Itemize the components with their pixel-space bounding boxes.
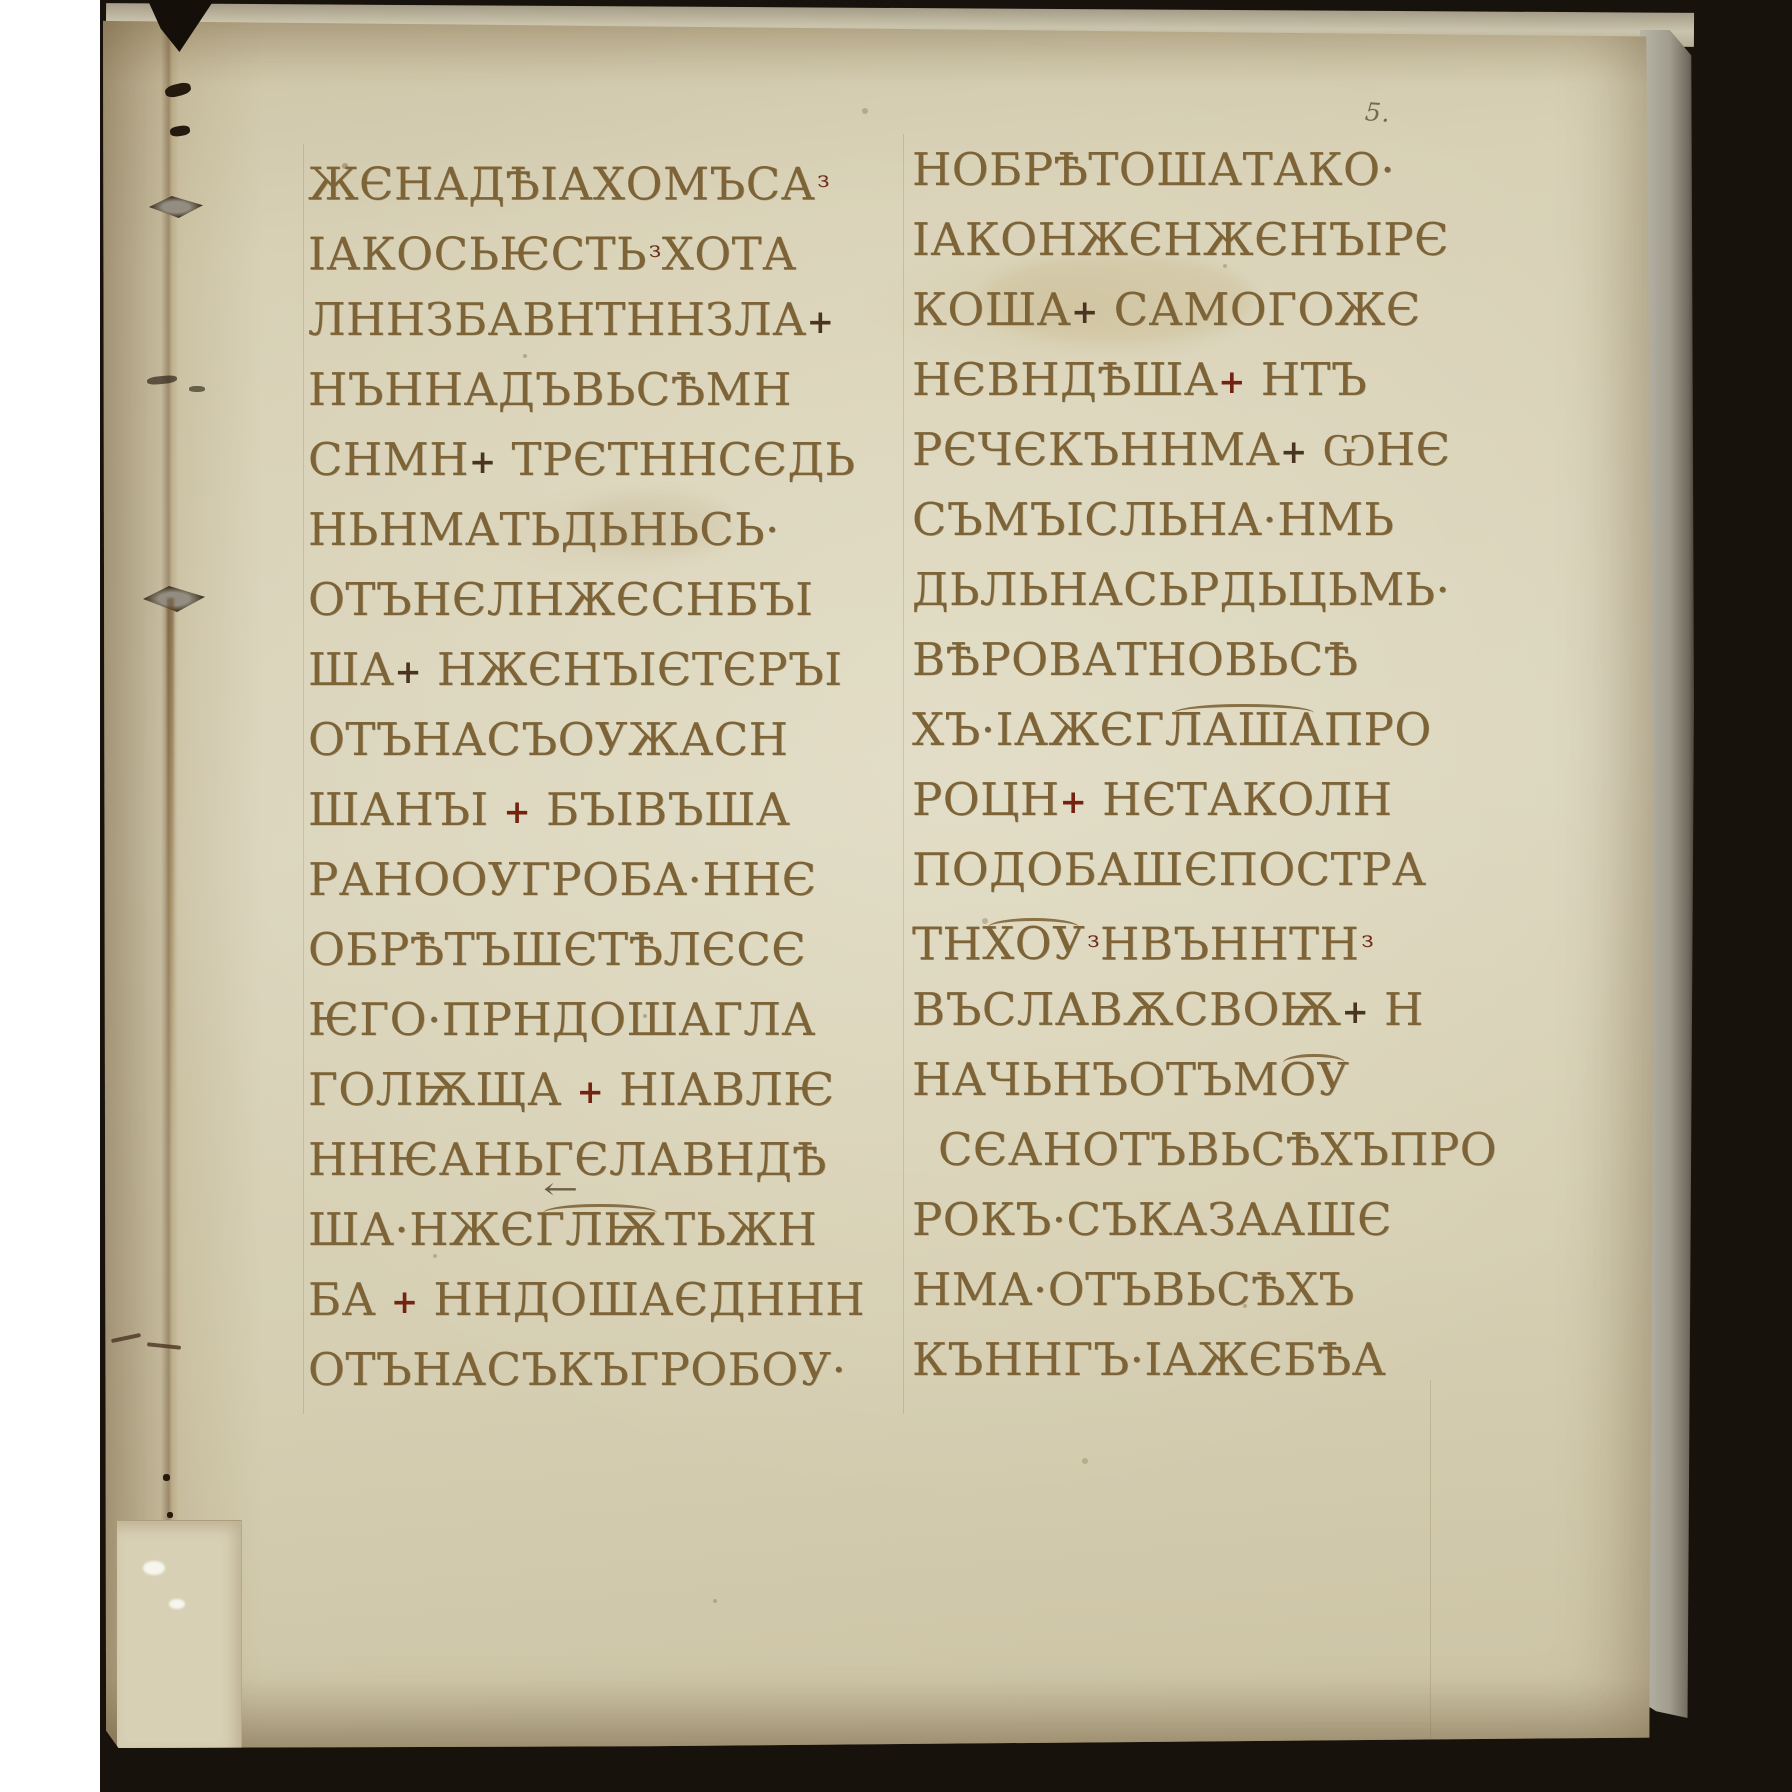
titlo-abbreviation: ЛАША bbox=[1165, 703, 1324, 756]
superscript-z-mark: з bbox=[1361, 927, 1374, 953]
stitch-hole bbox=[167, 1512, 173, 1518]
ruling-line bbox=[903, 134, 904, 1414]
cross-divider: + bbox=[577, 1073, 605, 1111]
cross-divider: + bbox=[391, 1283, 419, 1321]
text-line: НМА·ОТЪВЬСѢХЪ bbox=[912, 1255, 1497, 1325]
text-line: НЄВНДѢША+ НТЪ bbox=[912, 345, 1497, 415]
patch-spot bbox=[143, 1561, 165, 1575]
text-line: ОБРѢТЪШЄТѢЛЄСЄ bbox=[308, 915, 865, 985]
text-line: НАЧЬНЪОТЪМОУ bbox=[912, 1045, 1497, 1115]
text-line: ЖЄНАДѢІАХОМЪСАз bbox=[308, 145, 865, 215]
text-line: РАНООУГРОБА·ННЄ bbox=[308, 845, 865, 915]
text-line: НЪННАДЪВЬСѢМН bbox=[308, 355, 865, 425]
text-line: НОБРѢТОШАТАКО· bbox=[912, 135, 1497, 205]
text-line: ННѤАНЬГЄЛАВНДѢ bbox=[308, 1125, 865, 1195]
titlo-abbreviation: ХОУ bbox=[982, 917, 1085, 970]
text-line: ГОЛѬЩА + НІАВЛѤ bbox=[308, 1055, 865, 1125]
text-line: ДЬЛЬНАСЬРДЬЦЬМЬ· bbox=[912, 555, 1497, 625]
cross-divider: + bbox=[394, 653, 422, 691]
manuscript-photo: 5. ← ЖЄНАДѢІАХОМЪСАзІАКОСЬѤСТЬзХОТАЛННЗБ… bbox=[0, 0, 1792, 1792]
text-line: ПОДОБАШЄПОСТРА bbox=[912, 835, 1497, 905]
cross-divider: + bbox=[1060, 783, 1088, 821]
text-line: РОЦН+ НЄТАКОЛН bbox=[912, 765, 1497, 835]
text-line: ѤГО·ПРНДОШАГЛА bbox=[308, 985, 865, 1055]
text-line: ОТЪНАСЪОУЖАСН bbox=[308, 705, 865, 775]
text-line: РОКЪ·СЪКАЗААШЄ bbox=[912, 1185, 1497, 1255]
text-line: ТНХОУзНВЪННТНз bbox=[912, 905, 1497, 975]
titlo-abbreviation: ГЛѬ bbox=[535, 1203, 665, 1256]
text-line: НЬНМАТЬДЬНЬСЬ· bbox=[308, 495, 865, 565]
cross-divider: + bbox=[807, 303, 835, 341]
superscript-z-mark: з bbox=[649, 237, 662, 263]
folio-number: 5. bbox=[1364, 97, 1392, 128]
text-line: СЄАНОТЪВЬСѢХЪПРО bbox=[912, 1115, 1497, 1185]
cross-divider: + bbox=[469, 443, 497, 481]
text-line: ШАНЪІ + БЪІВЪША bbox=[308, 775, 865, 845]
text-line: СЪМЪІСЛЬНА·НМЬ bbox=[912, 485, 1497, 555]
water-stain-streak bbox=[167, 598, 174, 1148]
text-line: КЪННГЪ·ІАЖЄБѢА bbox=[912, 1325, 1497, 1395]
titlo-abbreviation: ОУ bbox=[1279, 1053, 1349, 1106]
text-line: ЛННЗБАВНТННЗЛА+ bbox=[308, 285, 865, 355]
text-line: ОТЪНАСЪКЪГРОБОУ· bbox=[308, 1335, 865, 1405]
text-column-left: ЖЄНАДѢІАХОМЪСАзІАКОСЬѤСТЬзХОТАЛННЗБАВНТН… bbox=[308, 145, 865, 1405]
text-line: ВѢРОВАТНОВЬСѢ bbox=[912, 625, 1497, 695]
text-column-right: НОБРѢТОШАТАКО·ІАКОНЖЄНЖЄНЪІРЄКОША+ САМОГ… bbox=[912, 135, 1497, 1395]
text-line: ША+ НЖЄНЪІЄТЄРЪІ bbox=[308, 635, 865, 705]
text-line: СНМН+ ТРЄТННСЄДЬ bbox=[308, 425, 865, 495]
cross-divider: + bbox=[1342, 993, 1370, 1031]
cross-divider: + bbox=[504, 793, 532, 831]
stitch-hole bbox=[163, 1474, 170, 1481]
cross-divider: + bbox=[1071, 293, 1099, 331]
text-line: ХЪ·ІАЖЄГЛАШАПРО bbox=[912, 695, 1497, 765]
parchment-repair-patch bbox=[117, 1520, 242, 1748]
text-line: БА + ННДОШАЄДННН bbox=[308, 1265, 865, 1335]
text-line: РЄЧЄКЪННМА+ ѠНЄ bbox=[912, 415, 1497, 485]
ruling-line bbox=[1430, 1380, 1431, 1740]
ruling-line bbox=[303, 144, 304, 1414]
text-line: ША·НЖЄГЛѬТЬЖН bbox=[308, 1195, 865, 1265]
cross-divider: + bbox=[1280, 433, 1308, 471]
parchment-page: 5. ← ЖЄНАДѢІАХОМЪСАзІАКОСЬѤСТЬзХОТАЛННЗБ… bbox=[103, 14, 1654, 1748]
patch-spot bbox=[169, 1599, 185, 1609]
stitch-hole bbox=[189, 386, 205, 392]
text-line: ОТЪНЄЛНЖЄСНБЪІ bbox=[308, 565, 865, 635]
text-line: ІАКОНЖЄНЖЄНЪІРЄ bbox=[912, 205, 1497, 275]
superscript-z-mark: з bbox=[817, 167, 830, 193]
binding-gutter-shadow bbox=[103, 14, 263, 1748]
text-line: КОША+ САМОГОЖЄ bbox=[912, 275, 1497, 345]
cross-divider: + bbox=[1218, 363, 1246, 401]
text-line: ВЪСЛАВѪСВОѬ+ Н bbox=[912, 975, 1497, 1045]
superscript-z-mark: з bbox=[1087, 927, 1100, 953]
text-line: ІАКОСЬѤСТЬзХОТА bbox=[308, 215, 865, 285]
